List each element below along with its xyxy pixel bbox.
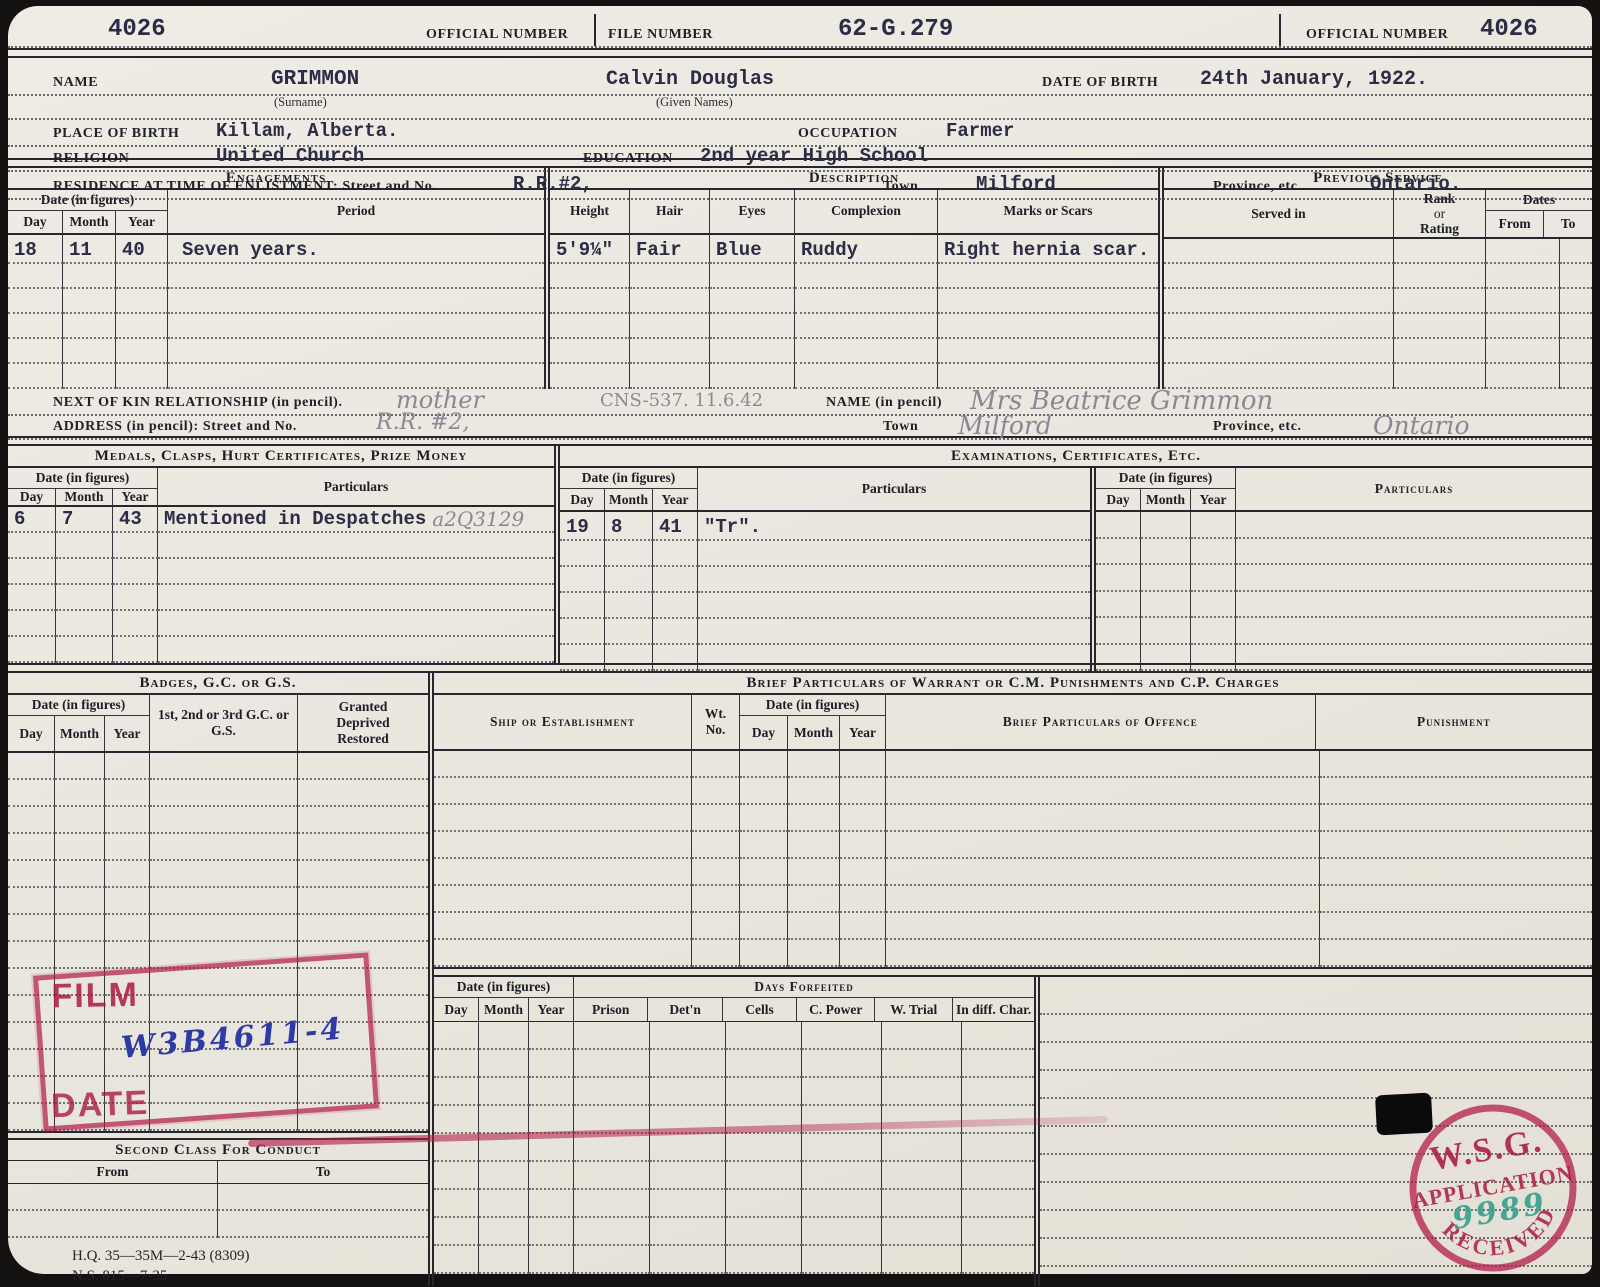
previous-service-table: Previous Service Served in Rank or Ratin…	[1164, 168, 1592, 389]
table-empty-row	[434, 940, 1592, 967]
header-divider-bar	[594, 14, 596, 46]
table-empty-cell	[938, 264, 1158, 289]
table-empty-cell	[962, 1050, 1034, 1078]
table-empty-cell	[8, 559, 56, 585]
table-empty-cell	[726, 1218, 802, 1246]
exams-particulars-header1: Particulars	[698, 468, 1090, 510]
table-empty-cell	[434, 805, 692, 832]
table-empty-cell	[1040, 987, 1592, 1015]
table-empty-cell	[574, 1050, 650, 1078]
day-header: Day	[1096, 489, 1141, 510]
table-empty-cell	[8, 807, 55, 834]
medals-empty-rows	[8, 533, 554, 663]
table-empty-cell	[653, 567, 698, 593]
table-empty-cell	[1320, 778, 1592, 805]
table-empty-cell	[882, 1078, 962, 1106]
table-empty-cell	[1394, 264, 1486, 289]
official-number-left-value: 4026	[108, 16, 166, 43]
description-data-row: 5'9¼" Fair Blue Ruddy Right hernia scar.	[550, 235, 1158, 264]
table-empty-cell	[158, 533, 554, 559]
table-empty-cell	[550, 364, 630, 389]
medals-particulars-header: Particulars	[158, 468, 554, 505]
exam-day: 19	[566, 516, 589, 538]
table-empty-row	[434, 1190, 1034, 1218]
in-diff-char-header: In diff. Char.	[953, 998, 1034, 1021]
table-empty-cell	[710, 339, 795, 364]
table-empty-cell	[158, 559, 554, 585]
table-empty-cell	[710, 264, 795, 289]
table-empty-cell	[434, 1078, 479, 1106]
file-number-label: FILE NUMBER	[608, 27, 713, 43]
table-empty-cell	[105, 834, 150, 861]
table-empty-cell	[574, 1218, 650, 1246]
warrant-date-header: Date (in figures)	[740, 695, 885, 716]
table-empty-cell	[434, 913, 692, 940]
engagement-month: 11	[69, 239, 92, 261]
table-empty-cell	[529, 1050, 574, 1078]
warrant-title: Brief Particulars of Warrant or C.M. Pun…	[434, 673, 1592, 695]
table-empty-cell	[63, 339, 116, 364]
table-empty-cell	[8, 289, 63, 314]
table-empty-cell	[1164, 314, 1394, 339]
table-empty-cell	[8, 780, 55, 807]
table-empty-cell	[788, 805, 840, 832]
table-empty-row	[8, 888, 428, 915]
table-empty-cell	[605, 541, 653, 567]
table-empty-cell	[1141, 565, 1191, 592]
table-empty-cell	[434, 1218, 479, 1246]
table-empty-cell	[218, 1184, 428, 1211]
table-empty-row	[8, 915, 428, 942]
table-empty-cell	[605, 593, 653, 619]
table-empty-cell	[158, 611, 554, 637]
table-empty-cell	[434, 1022, 479, 1050]
table-empty-row	[434, 913, 1592, 940]
table-empty-row	[1040, 1043, 1592, 1071]
religion-row: RELIGION United Church EDUCATION 2nd yea…	[8, 147, 1592, 172]
second-class-to-header: To	[218, 1161, 428, 1183]
table-empty-cell	[605, 567, 653, 593]
table-empty-row	[560, 541, 1090, 567]
official-number-row: 4026 OFFICIAL NUMBER FILE NUMBER 62-G.27…	[8, 6, 1592, 48]
table-empty-cell	[740, 913, 788, 940]
table-empty-cell	[529, 1162, 574, 1190]
ship-header: Ship or Establishment	[434, 695, 692, 749]
nok-province-value: Ontario	[1373, 411, 1470, 440]
year-header: Year	[105, 716, 149, 751]
table-empty-cell	[653, 541, 698, 567]
official-number-label: OFFICIAL NUMBER	[426, 27, 568, 43]
table-empty-row	[560, 619, 1090, 645]
eyes-value: Blue	[716, 239, 762, 261]
table-empty-row	[1096, 592, 1592, 619]
occupation-value: Farmer	[946, 120, 1014, 142]
table-empty-cell	[692, 751, 740, 778]
table-empty-cell	[802, 1050, 882, 1078]
table-empty-cell	[1191, 618, 1236, 645]
table-empty-cell	[105, 861, 150, 888]
table-empty-cell	[630, 289, 710, 314]
table-empty-cell	[650, 1078, 726, 1106]
table-empty-cell	[795, 339, 938, 364]
table-empty-cell	[1394, 239, 1486, 264]
medals-data-row: 6 7 43 Mentioned in Despatches a2Q3129	[8, 507, 554, 533]
table-empty-cell	[116, 339, 168, 364]
official-number-right-label: OFFICIAL NUMBER	[1306, 27, 1448, 43]
form-number-footer: H.Q. 35—35M—2-43 (8309) N.S. 815—7-35	[8, 1238, 428, 1286]
day-header: Day	[434, 998, 479, 1021]
table-empty-cell	[840, 778, 886, 805]
table-empty-cell	[962, 1218, 1034, 1246]
table-empty-cell	[150, 861, 298, 888]
table-empty-row	[1040, 1071, 1592, 1099]
table-empty-cell	[1486, 339, 1560, 364]
table-empty-cell	[550, 289, 630, 314]
engagement-period: Seven years.	[182, 239, 319, 261]
table-empty-cell	[795, 314, 938, 339]
table-empty-row	[8, 807, 428, 834]
exams2-date-header: Date (in figures)	[1096, 468, 1235, 489]
table-empty-row	[434, 1022, 1034, 1050]
table-empty-cell	[550, 339, 630, 364]
wt-line: No.	[706, 722, 726, 738]
table-empty-cell	[1191, 539, 1236, 566]
table-empty-cell	[1141, 512, 1191, 539]
table-empty-cell	[886, 751, 1320, 778]
table-empty-cell	[8, 264, 63, 289]
table-empty-row	[8, 611, 554, 637]
table-empty-cell	[692, 940, 740, 967]
table-empty-cell	[298, 834, 428, 861]
table-empty-row	[434, 1246, 1034, 1274]
table-empty-cell	[529, 1106, 574, 1134]
table-empty-cell	[434, 1246, 479, 1274]
table-empty-row	[1164, 314, 1592, 339]
table-empty-cell	[168, 339, 544, 364]
table-empty-cell	[479, 1022, 529, 1050]
month-header: Month	[63, 211, 116, 233]
warrant-table: Brief Particulars of Warrant or C.M. Pun…	[434, 673, 1592, 967]
table-empty-cell	[630, 264, 710, 289]
month-header: Month	[479, 998, 529, 1021]
table-empty-row	[550, 314, 1158, 339]
table-empty-cell	[740, 832, 788, 859]
table-empty-cell	[1394, 289, 1486, 314]
table-empty-cell	[150, 753, 298, 780]
description-empty-rows	[550, 264, 1158, 389]
table-empty-cell	[298, 753, 428, 780]
town-value: Milford	[976, 173, 1056, 195]
second-class-table: Second Class For Conduct From To	[8, 1140, 428, 1238]
table-empty-cell	[298, 780, 428, 807]
table-empty-cell	[105, 753, 150, 780]
table-empty-row	[434, 832, 1592, 859]
table-empty-cell	[1320, 805, 1592, 832]
name-row: NAME GRIMMON Calvin Douglas DATE OF BIRT…	[8, 58, 1592, 96]
table-empty-cell	[882, 1218, 962, 1246]
examinations-title: Examinations, Certificates, Etc.	[560, 446, 1592, 468]
table-empty-cell	[938, 339, 1158, 364]
table-empty-cell	[116, 364, 168, 389]
table-empty-cell	[886, 805, 1320, 832]
province-value: Ontario.	[1370, 173, 1461, 195]
forfeited-empty-rows	[434, 1022, 1034, 1274]
table-empty-row	[8, 264, 544, 289]
table-empty-cell	[710, 364, 795, 389]
month-header: Month	[55, 716, 105, 751]
dotted-divider	[8, 113, 1592, 120]
table-empty-cell	[1320, 913, 1592, 940]
table-empty-cell	[1096, 539, 1141, 566]
table-empty-cell	[1141, 645, 1191, 672]
from-header: From	[1486, 211, 1544, 237]
table-empty-cell	[479, 1078, 529, 1106]
offence-header: Brief Particulars of Offence	[886, 695, 1316, 749]
table-empty-cell	[802, 1246, 882, 1274]
c-power-header: C. Power	[797, 998, 875, 1021]
table-empty-row	[1096, 565, 1592, 592]
table-empty-cell	[840, 886, 886, 913]
mid-tables-section: Engagements Date (in figures) Day Month …	[8, 168, 1592, 389]
table-empty-cell	[698, 593, 1090, 619]
table-empty-cell	[788, 886, 840, 913]
table-empty-cell	[116, 264, 168, 289]
table-empty-cell	[726, 1078, 802, 1106]
table-empty-cell	[8, 611, 56, 637]
table-empty-cell	[740, 778, 788, 805]
table-empty-cell	[726, 1190, 802, 1218]
table-empty-cell	[1320, 832, 1592, 859]
table-empty-cell	[55, 834, 105, 861]
nok-address-value: R.R. #2,	[376, 410, 470, 435]
table-empty-cell	[802, 1190, 882, 1218]
table-empty-cell	[692, 886, 740, 913]
table-empty-row	[1096, 539, 1592, 566]
table-empty-cell	[105, 942, 150, 969]
table-empty-row	[550, 289, 1158, 314]
table-empty-cell	[698, 645, 1090, 671]
table-empty-cell	[298, 861, 428, 888]
table-empty-cell	[788, 859, 840, 886]
previous-service-empty-rows	[1164, 239, 1592, 389]
table-empty-row	[8, 1184, 428, 1211]
table-empty-cell	[8, 1211, 218, 1238]
table-empty-cell	[726, 1022, 802, 1050]
table-empty-cell	[1320, 886, 1592, 913]
days-forfeited-title: Days Forfeited	[574, 977, 1034, 998]
table-empty-cell	[63, 364, 116, 389]
table-empty-cell	[698, 541, 1090, 567]
table-empty-cell	[1096, 645, 1141, 672]
table-empty-cell	[574, 1162, 650, 1190]
place-of-birth-label: PLACE OF BIRTH	[53, 126, 179, 142]
table-empty-cell	[1040, 1043, 1592, 1071]
table-empty-cell	[886, 832, 1320, 859]
table-empty-row	[8, 289, 544, 314]
medals-title: Medals, Clasps, Hurt Certificates, Prize…	[8, 446, 554, 468]
engagement-day: 18	[14, 239, 37, 261]
table-empty-cell	[1191, 565, 1236, 592]
table-empty-cell	[8, 364, 63, 389]
table-empty-cell	[630, 364, 710, 389]
table-empty-cell	[1394, 364, 1486, 389]
table-empty-cell	[882, 1162, 962, 1190]
nok-relationship-label: NEXT OF KIN RELATIONSHIP (in pencil).	[53, 395, 343, 411]
header-divider-bar-right	[1279, 14, 1281, 46]
table-empty-cell	[802, 1218, 882, 1246]
table-empty-cell	[560, 567, 605, 593]
engagements-empty-rows	[8, 264, 544, 389]
table-empty-cell	[605, 645, 653, 671]
table-empty-cell	[105, 888, 150, 915]
table-empty-cell	[529, 1022, 574, 1050]
medals-table: Medals, Clasps, Hurt Certificates, Prize…	[8, 446, 554, 663]
table-empty-row	[1096, 512, 1592, 539]
table-empty-cell	[938, 314, 1158, 339]
occupation-label: OCCUPATION	[798, 126, 898, 142]
table-empty-cell	[574, 1078, 650, 1106]
table-empty-cell	[529, 1246, 574, 1274]
table-empty-cell	[1486, 264, 1560, 289]
forfeited-date-header: Date (in figures)	[434, 977, 573, 998]
rank-line: Rating	[1420, 221, 1459, 236]
warrant-empty-rows	[434, 751, 1592, 967]
wsg-stamp-graphic: W.S.G. APPLICATION RECEIVED	[1390, 1088, 1595, 1287]
table-empty-cell	[560, 593, 605, 619]
table-empty-cell	[1486, 314, 1560, 339]
exams-date-header: Date (in figures)	[560, 468, 697, 489]
table-empty-cell	[218, 1211, 428, 1238]
wt-line: Wt.	[705, 706, 726, 722]
table-empty-cell	[434, 859, 692, 886]
table-empty-row	[550, 339, 1158, 364]
date-of-birth-value: 24th January, 1922.	[1200, 68, 1428, 91]
table-empty-cell	[529, 1218, 574, 1246]
table-empty-cell	[886, 913, 1320, 940]
table-empty-cell	[113, 559, 158, 585]
education-label: EDUCATION	[583, 151, 673, 167]
table-empty-cell	[1486, 239, 1560, 264]
table-empty-cell	[56, 533, 113, 559]
table-empty-cell	[1040, 1071, 1592, 1099]
table-empty-cell	[8, 942, 55, 969]
table-empty-cell	[692, 913, 740, 940]
table-empty-cell	[1164, 264, 1394, 289]
table-empty-cell	[1236, 592, 1592, 619]
second-class-from-header: From	[8, 1161, 218, 1183]
prison-header: Prison	[574, 998, 648, 1021]
table-empty-row	[1040, 1015, 1592, 1043]
table-empty-cell	[113, 585, 158, 611]
table-empty-cell	[650, 1218, 726, 1246]
table-empty-cell	[740, 940, 788, 967]
table-empty-cell	[1320, 859, 1592, 886]
table-empty-cell	[650, 1246, 726, 1274]
footer-line2: N.S. 815—7-35	[72, 1266, 428, 1286]
table-empty-cell	[1141, 618, 1191, 645]
table-empty-row	[550, 264, 1158, 289]
medal-pencil-note: a2Q3129	[432, 507, 524, 531]
height-value: 5'9¼"	[556, 239, 613, 261]
table-empty-cell	[479, 1246, 529, 1274]
complexion-value: Ruddy	[801, 239, 858, 261]
table-empty-cell	[740, 886, 788, 913]
table-empty-cell	[1394, 339, 1486, 364]
official-number-right-value: 4026	[1480, 16, 1538, 43]
table-empty-cell	[63, 289, 116, 314]
table-empty-cell	[105, 780, 150, 807]
table-empty-row	[434, 751, 1592, 778]
table-empty-cell	[574, 1134, 650, 1162]
exam-year: 41	[659, 516, 682, 538]
table-empty-cell	[840, 913, 886, 940]
engagements-data-row: 18 11 40 Seven years.	[8, 235, 544, 264]
medals-date-header: Date (in figures)	[8, 468, 157, 489]
footer-line1: H.Q. 35—35M—2-43 (8309)	[72, 1246, 428, 1266]
nok-reference-note: CNS-537. 11.6.42	[600, 390, 763, 411]
table-empty-cell	[8, 339, 63, 364]
table-empty-cell	[8, 753, 55, 780]
table-empty-cell	[55, 861, 105, 888]
table-empty-cell	[802, 1078, 882, 1106]
table-empty-cell	[740, 805, 788, 832]
table-empty-cell	[886, 859, 1320, 886]
examinations-group1: Date (in figures) Day Month Year Particu…	[560, 468, 1090, 671]
w-trial-header: W. Trial	[875, 998, 953, 1021]
table-empty-cell	[63, 264, 116, 289]
date-of-birth-label: DATE OF BIRTH	[1042, 75, 1158, 91]
examinations-table: Examinations, Certificates, Etc. Date (i…	[560, 446, 1592, 663]
table-empty-cell	[434, 1162, 479, 1190]
table-empty-cell	[740, 859, 788, 886]
table-empty-cell	[168, 314, 544, 339]
table-empty-cell	[840, 805, 886, 832]
table-empty-cell	[8, 1184, 218, 1211]
granted-line: Deprived	[336, 715, 389, 731]
badges-gc-header: 1st, 2nd or 3rd G.C. or G.S.	[150, 695, 298, 751]
detn-header: Det'n	[648, 998, 722, 1021]
table-empty-cell	[788, 832, 840, 859]
wt-no-header: Wt. No.	[692, 695, 740, 749]
table-empty-cell	[1236, 618, 1592, 645]
table-empty-cell	[116, 289, 168, 314]
year-header: Year	[840, 716, 885, 749]
table-empty-cell	[150, 807, 298, 834]
year-header: Year	[653, 489, 697, 510]
table-empty-cell	[726, 1134, 802, 1162]
table-empty-cell	[116, 314, 168, 339]
table-empty-cell	[8, 861, 55, 888]
table-empty-cell	[1164, 289, 1394, 314]
table-empty-row	[8, 339, 544, 364]
table-empty-cell	[1560, 264, 1592, 289]
table-empty-row	[8, 753, 428, 780]
table-empty-cell	[8, 533, 56, 559]
table-empty-row	[8, 780, 428, 807]
table-empty-cell	[962, 1078, 1034, 1106]
examinations-empty-rows	[560, 541, 1090, 671]
table-empty-cell	[434, 832, 692, 859]
table-empty-row	[434, 1050, 1034, 1078]
place-of-birth-row: PLACE OF BIRTH Killam, Alberta. OCCUPATI…	[8, 120, 1592, 147]
table-empty-cell	[698, 567, 1090, 593]
table-empty-cell	[1191, 592, 1236, 619]
table-empty-cell	[56, 637, 113, 663]
second-class-empty-rows	[8, 1184, 428, 1238]
table-empty-cell	[105, 807, 150, 834]
table-empty-cell	[8, 585, 56, 611]
table-empty-cell	[692, 859, 740, 886]
